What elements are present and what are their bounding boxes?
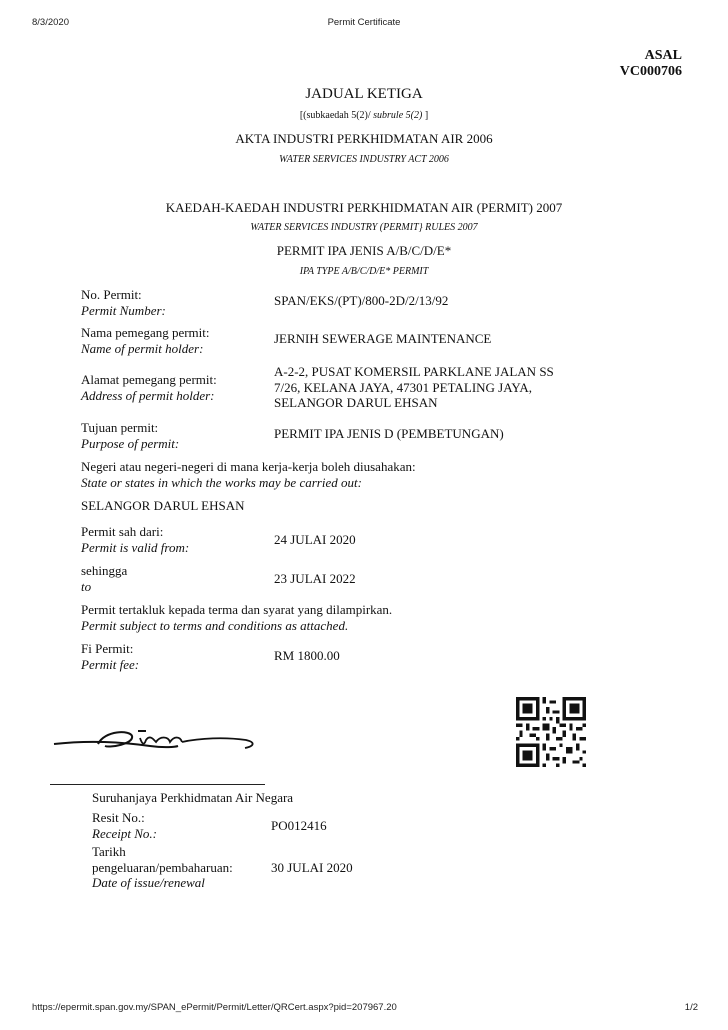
address-line: 7/26, KELANA JAYA, 47301 PETALING JAYA,: [274, 380, 554, 396]
act-title-ms: AKTA INDUSTRI PERKHIDMATAN AIR 2006: [0, 131, 728, 147]
fee-value: RM 1800.00: [274, 648, 340, 664]
copy-label: ASAL: [620, 48, 682, 64]
print-url: https://epermit.span.gov.my/SPAN_ePermit…: [32, 1002, 397, 1013]
receipt-label-ms: Resit No.:: [92, 810, 157, 826]
valid-to-label-ms: sehingga: [81, 563, 127, 579]
states-label: Negeri atau negeri-negeri di mana kerja-…: [81, 459, 416, 490]
address-line: SELANGOR DARUL EHSAN: [274, 395, 554, 411]
issue-date-label-ms-1: Tarikh: [92, 844, 233, 860]
permit-number-label-ms: No. Permit:: [81, 287, 166, 303]
valid-from-label-ms: Permit sah dari:: [81, 524, 189, 540]
subrule-ms: [(subkaedah 5(2)/: [300, 110, 373, 121]
page-number: 1/2: [685, 1002, 698, 1013]
copy-code: VC000706: [620, 64, 682, 80]
issue-date-label-en: Date of issue/renewal: [92, 875, 233, 891]
permit-type-ms: PERMIT IPA JENIS A/B/C/D/E*: [0, 243, 728, 259]
address-line: A-2-2, PUSAT KOMERSIL PARKLANE JALAN SS: [274, 364, 554, 380]
authority-name: Suruhanjaya Perkhidmatan Air Negara: [92, 790, 293, 806]
signature-line: [50, 784, 265, 785]
terms-note-en: Permit subject to terms and conditions a…: [81, 618, 392, 634]
valid-from-label-en: Permit is valid from:: [81, 540, 189, 556]
issue-date-label-ms-2: pengeluaran/pembaharuan:: [92, 860, 233, 876]
valid-from-value: 24 JULAI 2020: [274, 532, 356, 548]
fee-label-en: Permit fee:: [81, 657, 139, 673]
purpose-value: PERMIT IPA JENIS D (PEMBETUNGAN): [274, 426, 504, 442]
holder-name-value: JERNIH SEWERAGE MAINTENANCE: [274, 331, 491, 347]
subrule-en: subrule 5(2): [373, 110, 422, 121]
subrule-reference: [(subkaedah 5(2)/ subrule 5(2) ]: [0, 110, 728, 121]
purpose-label-en: Purpose of permit:: [81, 436, 179, 452]
fee-label-ms: Fi Permit:: [81, 641, 139, 657]
receipt-label-en: Receipt No.:: [92, 826, 157, 842]
holder-address-label-ms: Alamat pemegang permit:: [81, 372, 217, 388]
print-title: Permit Certificate: [0, 17, 728, 28]
holder-name-label-ms: Nama pemegang permit:: [81, 325, 210, 341]
rules-title-ms: KAEDAH-KAEDAH INDUSTRI PERKHIDMATAN AIR …: [0, 200, 728, 216]
act-title-en: WATER SERVICES INDUSTRY ACT 2006: [0, 154, 728, 165]
holder-address-value: A-2-2, PUSAT KOMERSIL PARKLANE JALAN SS …: [274, 364, 554, 411]
purpose-label-ms: Tujuan permit:: [81, 420, 179, 436]
valid-to-value: 23 JULAI 2022: [274, 571, 356, 587]
copy-mark: ASAL VC000706: [620, 48, 682, 80]
states-label-en: State or states in which the works may b…: [81, 475, 416, 491]
qr-code-icon: [516, 697, 586, 767]
holder-name-label-en: Name of permit holder:: [81, 341, 210, 357]
terms-note: Permit tertakluk kepada terma dan syarat…: [81, 602, 392, 633]
permit-number-label-en: Permit Number:: [81, 303, 166, 319]
permit-type-en: IPA TYPE A/B/C/D/E* PERMIT: [0, 266, 728, 277]
permit-number-value: SPAN/EKS/(PT)/800-2D/2/13/92: [274, 293, 448, 309]
issue-date-value: 30 JULAI 2020: [271, 860, 353, 876]
rules-title-en: WATER SERVICES INDUSTRY (PERMIT} RULES 2…: [0, 222, 728, 233]
receipt-value: PO012416: [271, 818, 327, 834]
valid-to-label-en: to: [81, 579, 127, 595]
signature-icon: [50, 722, 265, 767]
states-value: SELANGOR DARUL EHSAN: [81, 498, 244, 514]
subrule-suffix: ]: [422, 110, 428, 121]
holder-address-label-en: Address of permit holder:: [81, 388, 217, 404]
states-label-ms: Negeri atau negeri-negeri di mana kerja-…: [81, 459, 416, 475]
schedule-heading: JADUAL KETIGA: [0, 86, 728, 103]
terms-note-ms: Permit tertakluk kepada terma dan syarat…: [81, 602, 392, 618]
